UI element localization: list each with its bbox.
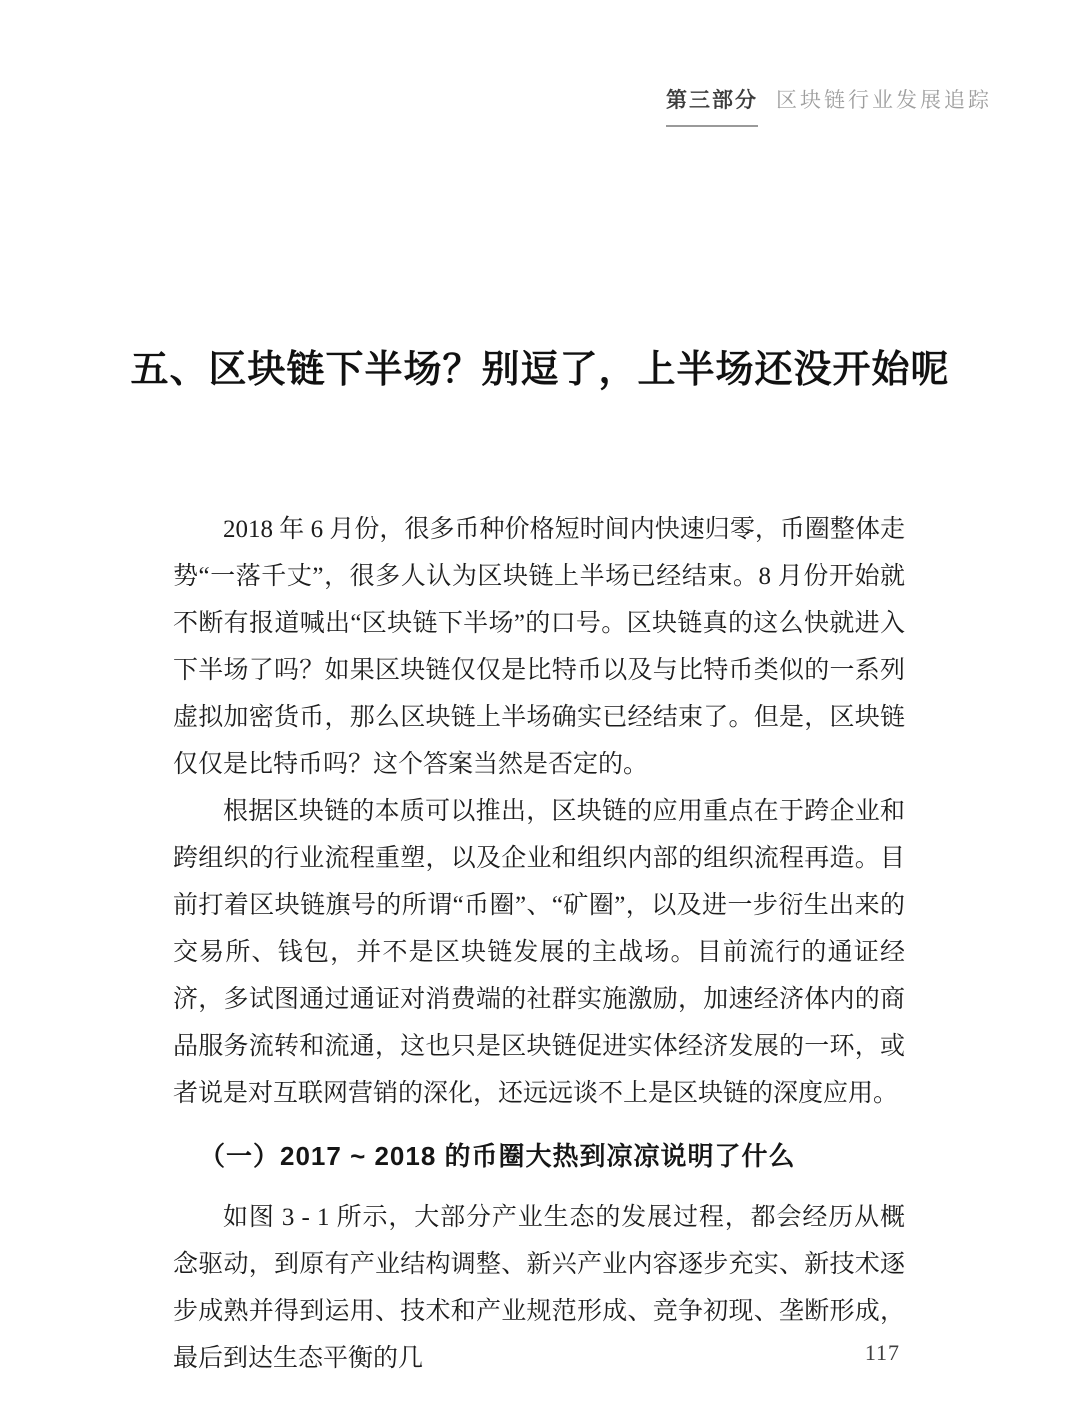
section-title: 区块链行业发展追踪 [776, 84, 992, 114]
part-label: 第三部分 [666, 84, 758, 127]
paragraph-2: 根据区块链的本质可以推出，区块链的应用重点在于跨企业和跨组织的行业流程重塑，以及… [173, 788, 905, 1117]
subheading: （一）2017 ~ 2018 的币圈大热到凉凉说明了什么 [173, 1133, 905, 1180]
page-header: 第三部分 区块链行业发展追踪 [666, 84, 992, 127]
chapter-title: 五、区块链下半场？别逗了，上半场还没开始呢 [0, 338, 1080, 393]
book-page: 第三部分 区块链行业发展追踪 五、区块链下半场？别逗了，上半场还没开始呢 201… [0, 0, 1080, 1419]
paragraph-3: 如图 3 - 1 所示，大部分产业生态的发展过程，都会经历从概念驱动，到原有产业… [173, 1194, 905, 1382]
paragraph-1: 2018 年 6 月份，很多币种价格短时间内快速归零，币圈整体走势“一落千丈”，… [173, 506, 905, 788]
body-text: 2018 年 6 月份，很多币种价格短时间内快速归零，币圈整体走势“一落千丈”，… [173, 506, 905, 1382]
page-number: 117 [865, 1340, 900, 1366]
